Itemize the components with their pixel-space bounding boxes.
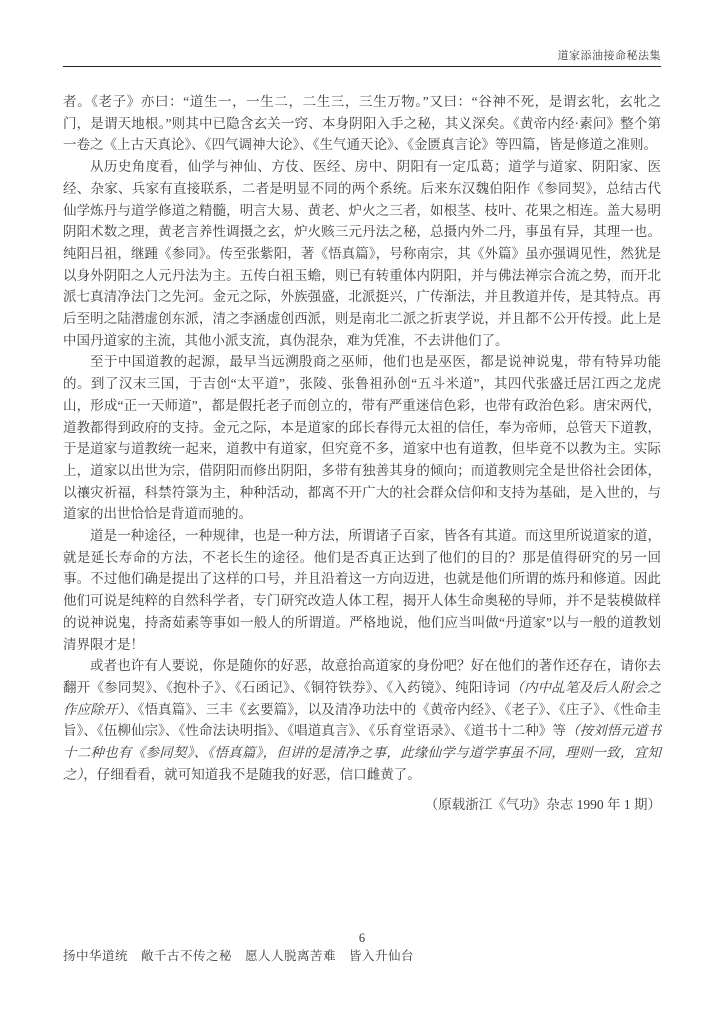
running-header-title: 道家添油接命秘法集 [558,47,662,63]
document-page: 道家添油接命秘法集 者。《老子》亦曰：“道生一，一生二，二生三，三生万物。”又曰… [0,0,724,1024]
header-rule [63,66,661,67]
paragraph-4: 道是一种途径，一种规律，也是一种方法，所谓诸子百家，皆各有其道。而这里所说道家的… [63,525,661,655]
page-number: 6 [63,931,661,946]
page-body: 者。《老子》亦曰：“道生一，一生二，二生三，三生万物。”又曰：“谷神不死，是谓玄… [63,91,661,815]
paragraph-3: 至于中国道教的起源，最早当远溯殷商之巫师，他们也是巫医，都是说神说鬼，带有特异功… [63,351,661,525]
paragraph-1: 者。《老子》亦曰：“道生一，一生二，二生三，三生万物。”又曰：“谷神不死，是谓玄… [63,91,661,156]
paragraph-5-segment-normal: ，仔细看看，就可知道我不是随我的好恶，信口雌黄了。 [83,767,421,782]
paragraph-2: 从历史角度看，仙学与神仙、方伎、医经、房中、阴阳有一定瓜葛；道学与道家、阴阳家、… [63,156,661,351]
source-attribution: （原载浙江《气功》杂志 1990 年 1 期） [63,794,661,816]
paragraph-5: 或者也许有人要说，你是随你的好恶，故意抬高道家的身份吧？好在他们的著作还存在，请… [63,655,661,785]
footer-motto: 扬中华道统 敞千古不传之秘 愿人人脱离苦难 皆入升仙台 [63,946,414,964]
